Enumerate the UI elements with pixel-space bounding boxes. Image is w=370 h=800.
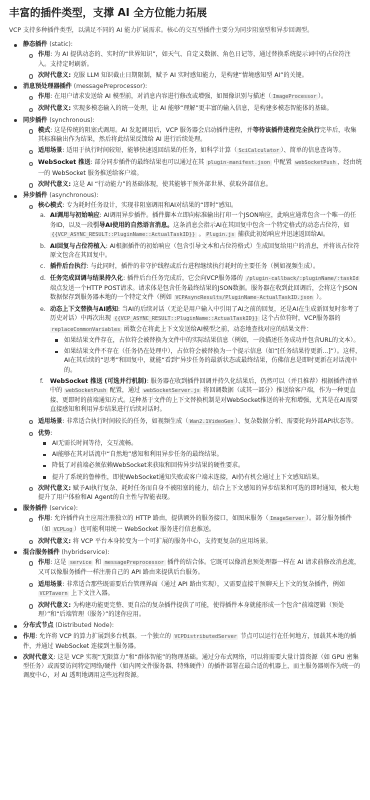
inline-code: plugin-manifest.json: [206, 160, 271, 166]
sub-text: : 允许将 VCP 的算力扩展到多台机器。一个独立的: [35, 633, 173, 640]
advantage-item: AI能够在其对话流中“自然地”感知和利用异步任务的最终结果。: [38, 450, 362, 459]
step-label: 动态上下文替换与AI感知: [50, 306, 118, 313]
inline-code: ImageServer: [269, 516, 306, 522]
page-title: 丰富的插件类型，支撑 AI 全方位能力拓展: [9, 6, 362, 20]
step-text: 函数会在将此上下文发送给AI模型之前，动态地查找对应的结果文件：: [122, 326, 313, 333]
sub-text: ）、简单的信息查询等。: [281, 147, 345, 154]
sub-label: 适用场景: [38, 147, 62, 154]
inline-code: /plugin-callback/:pluginName/:taskId: [245, 276, 360, 282]
sub-label: 次时代意义:: [38, 602, 71, 609]
sub-text: ）。: [318, 93, 327, 100]
sublist: 作用: 为 AI 提供动态的、实时的“世界知识”，如天气、自定义数据、角色日记等…: [23, 50, 362, 80]
sub-text: ）、复杂数据分析、需要轮询外部API状态等。: [235, 418, 357, 425]
sub-text: 和: [93, 559, 103, 566]
sub-label: 作用: [38, 51, 50, 58]
sub-item: 作用: 在用户请求发送给 AI 模型前，对消息内容进行修改或增强，如图像识别与描…: [23, 92, 362, 102]
sub-label: 次时代意义: [23, 654, 53, 661]
inline-code: Plugin.js: [205, 232, 236, 238]
step-marker: c.: [40, 262, 45, 271]
sub-text: 将 VCP 平台本身转变为一个可扩展的服务中心，支持更复杂的应用场景。: [71, 538, 272, 545]
item-heading-en: (asynchronous):: [49, 192, 98, 199]
inline-code: replaceCommonVariables: [50, 327, 122, 333]
step-text: 这条消息会指示AI在其回复中包含一个特定格式的动态占位符，如: [173, 222, 350, 229]
sub-item: 作用: 允许插件向主应用注册独立的 HTTP 路由，提供额外的服务接口，如图床服…: [23, 514, 362, 534]
sub-text: : 为 AI 提供动态的、实时的“世界知识”，如天气、自定义数据、角色日记等，通…: [38, 51, 351, 67]
list-item-asynchronous: 异步插件 (asynchronous): 核心模式: 专为耗时任务设计，实现非阻…: [9, 191, 362, 502]
sub-item: 模式: 这是传统的阻塞式调用。AI 发起调用后，VCP 服务器会启动插件进程，并…: [23, 126, 362, 144]
sub-label: 作用: [38, 515, 50, 522]
item-heading: 异步插件: [23, 192, 47, 199]
step-text: 配置，通过: [108, 387, 142, 394]
step-label: 任务完成回调与结果持久化: [50, 275, 123, 282]
item-heading: 静态插件: [23, 41, 47, 48]
advantage-item: AI无需长时间等待，交互流畅。: [38, 439, 362, 448]
step-item: e.动态上下文替换与AI感知: 当AI的后续对话（无论是用户输入中引用了AI之前…: [38, 305, 362, 374]
sub-text: : 这是: [50, 559, 68, 566]
item-heading: 服务插件: [23, 505, 47, 512]
step-item: c.插件后台执行: 与此同时，插件的非守护线程或后台进程继续执行耗时的主要任务（…: [38, 262, 362, 271]
steps-list: a.AI调用与初始响应: AI调用异步插件。插件脚本立即向标准输出打印一个JSO…: [38, 211, 362, 414]
step-marker: b.: [40, 242, 46, 251]
step-text: : 插件后台任务完成后，它会向VCP服务器的: [123, 275, 245, 282]
plugin-type-list: 静态插件 (static): 作用: 为 AI 提供动态的、实时的“世界知识”，…: [9, 40, 362, 680]
sub-item: 次时代意义: 克服 LLM 知识截止日期限制，赋予 AI 实时感知能力，是构建“…: [23, 71, 362, 80]
sub-item: 次时代意义: 赋予AI执行复杂、耗时任务而自身不被阻塞的能力，结合上下文感知的异…: [23, 484, 362, 502]
sublist: 模式: 这是传统的阻塞式调用。AI 发起调用后，VCP 服务器会启动插件进程，并…: [23, 126, 362, 189]
inline-code: webSocketPush: [64, 388, 108, 394]
sub-text: :: [50, 430, 52, 437]
list-item-synchronous: 同步插件 (synchronous): 模式: 这是传统的阻塞式调用。AI 发起…: [9, 116, 362, 189]
sub-text: : 这是 VCP 实现“无限算力”和“群体智能”的物理基础。通过分布式网络，可以…: [23, 654, 360, 679]
intro-paragraph: VCP 支持多种插件类型，以满足不同的 AI 能力扩展需求。核心的交互型插件主要…: [9, 26, 362, 35]
step-label: AI回复与占位符植入: [50, 243, 106, 250]
emphasis: 引导AI使用的自然语言消息。: [93, 222, 173, 229]
sub-label: 次时代意义:: [38, 181, 71, 188]
sub-text: 这是 AI “行动能力”的基础体现，使其能够干预外部世界、获取外部信息。: [71, 181, 272, 188]
inline-code: webSocketPush: [294, 160, 338, 166]
list-item-static: 静态插件 (static): 作用: 为 AI 提供动态的、实时的“世界知识”，…: [9, 40, 362, 80]
sub-item: 适用场景: 非常适合那些既需要后台管理界面（通过 API 路由实现），又需要直接…: [23, 580, 362, 599]
step-text: 捕获此初始响应并迅速返回给AI。: [236, 231, 329, 238]
sub-label: 优势: [38, 430, 50, 437]
sub-text: : 这是传统的阻塞式调用。AI 发起调用后，VCP 服务器会启动插件进程，并: [50, 127, 253, 134]
sub-label: 次时代意义:: [38, 485, 71, 492]
sub-text: 上下文注入器。: [69, 590, 114, 597]
sub-item: 次时代意义: 实现多模态输入的统一处理，让 AI 能够“理解”更丰富的输入信息，…: [23, 104, 362, 113]
inline-code: ImageProcessor: [271, 94, 318, 100]
sub-text: 为构建功能更完整、更自洽的复杂插件提供了可能，使得插件本身就能形成一个包含“前端…: [38, 602, 344, 618]
sub-label: 核心模式: [38, 202, 62, 209]
inline-code: messagePreprocessor: [103, 560, 165, 566]
sub-label: 作用: [23, 633, 35, 640]
item-heading-en: (Distributed Node):: [55, 622, 114, 629]
sub-label: 适用场景: [38, 418, 62, 425]
sub-label: WebSocket 推送: [38, 159, 90, 166]
step-item: f.WebSocket 推送 (可选并行机制): 服务器在收到插件回调并持久化结…: [38, 377, 362, 415]
sub-text: : 在用户请求发送给 AI 模型前，对消息内容进行修改或增强，如图像识别与描述（: [50, 93, 271, 100]
step-label: AI调用与初始响应: [50, 212, 100, 219]
sub-item: 优势: AI无需长时间等待，交互流畅。 AI能够在其对话流中“自然地”感知和利用…: [23, 429, 362, 482]
sub-label: 作用: [38, 559, 50, 566]
inline-code: webSocketServer.js: [142, 388, 201, 394]
sublist: 核心模式: 专为耗时任务设计，实现非阻塞调用和AI对结果的“即时”感知。 a.A…: [23, 201, 362, 502]
sub-text: 中配置: [272, 159, 294, 166]
inline-code: VCPDistributedServer: [173, 634, 238, 640]
sub-text: 实现多模态输入的统一处理，让 AI 能够“理解”更丰富的输入信息，是构建多模态智…: [71, 105, 333, 112]
result-case: 如果结果文件存在，占位符会被替换为文件中的实际结果信息（例如，一段描述任务成功并…: [50, 336, 362, 345]
inline-code: {{VCP_ASYNC_RESULT::PluginName::ActualTa…: [50, 232, 197, 238]
sub-label: 适用场景: [38, 581, 62, 588]
list-item-distributed-node: 分布式节点 (Distributed Node):: [9, 621, 362, 630]
sub-label: 次时代意义:: [38, 72, 71, 79]
result-case: 如果结果文件不存在（任务仍在处理中），占位符会被替换为一个提示信息（如“[任务结…: [50, 347, 362, 375]
item-heading: 分布式节点: [23, 622, 53, 629]
inline-code: {{VCP_ASYNC_RESULT::PluginName::ActualTa…: [113, 316, 260, 322]
item-heading-en: (messagePreprocessor):: [74, 83, 148, 90]
advantage-item: 提升了系统的鲁棒性，即使WebSocket通知失败或客户端未连接，AI仍有机会通…: [38, 473, 362, 482]
step-text: 。: [197, 231, 205, 238]
item-heading-en: (synchronous):: [49, 117, 94, 124]
sub-item: 次时代意义: 这是 AI “行动能力”的基础体现，使其能够干预外部世界、获取外部…: [23, 180, 362, 189]
sub-item: 适用场景: 非常适合执行时间较长的任务，如视频生成（Wan2.1VideoGen…: [23, 417, 362, 427]
sub-text: 克服 LLM 知识截止日期限制，赋予 AI 实时感知能力，是构建“情境感知型 A…: [71, 72, 308, 79]
item-heading: 混合服务插件: [23, 549, 60, 556]
sublist: 作用: 这是 service 和 messagePreprocessor 插件的…: [23, 558, 362, 619]
sub-item: 次时代意义: 将 VCP 平台本身转变为一个可扩展的服务中心，支持更复杂的应用场…: [23, 537, 362, 546]
item-heading-en: (static):: [49, 41, 73, 48]
sublist: 作用: 允许插件向主应用注册独立的 HTTP 路由，提供额外的服务接口，如图床服…: [23, 514, 362, 546]
sub-text: : 部分同步插件的最终结果也可以通过在其: [90, 159, 206, 166]
sub-text: : 非常适合执行时间较长的任务，如视频生成（: [62, 418, 188, 425]
inline-code: VCPAsyncResults/PluginName-ActualTaskID.…: [174, 295, 314, 301]
list-item-service: 服务插件 (service): 作用: 允许插件向主应用注册独立的 HTTP 路…: [9, 504, 362, 546]
inline-code: VCPLog: [52, 527, 74, 533]
sub-label: 次时代意义:: [38, 105, 71, 112]
sub-text: : 适用于执行时间较短，能够快速返回结果的任务，如科学计算（: [62, 147, 237, 154]
list-item-distributed-role: 作用: 允许将 VCP 的算力扩展到多台机器。一个独立的 VCPDistribu…: [9, 632, 362, 651]
step-marker: e.: [40, 305, 46, 314]
sub-text: : 非常适合那些既需要后台管理界面（通过 API 路由实现），又需要直接干预聊天…: [62, 581, 345, 588]
list-item-preprocessor: 消息预处理器插件 (messagePreprocessor): 作用: 在用户请…: [9, 82, 362, 114]
sub-item: 作用: 这是 service 和 messagePreprocessor 插件的…: [23, 558, 362, 577]
step-label: WebSocket 推送 (可选并行机制): [50, 378, 147, 385]
step-label: 插件后台执行: [50, 263, 87, 270]
inline-code: VCPTavern: [38, 591, 69, 597]
step-item: b.AI回复与占位符植入: AI根据插件的初始响应（包含引导文本和占位符格式）生…: [38, 242, 362, 260]
sub-text: : 专为耗时任务设计，实现非阻塞调用和AI对结果的“即时”感知。: [62, 202, 237, 209]
step-marker: f.: [40, 377, 44, 386]
sub-label: 作用: [38, 93, 50, 100]
inline-code: service: [68, 560, 93, 566]
result-cases-list: 如果结果文件存在，占位符会被替换为文件中的实际结果信息（例如，一段描述任务成功并…: [50, 336, 362, 375]
sublist: 作用: 在用户请求发送给 AI 模型前，对消息内容进行修改或增强，如图像识别与描…: [23, 92, 362, 113]
step-text: 这个占位符时，VCP服务器的: [260, 315, 341, 322]
sub-item: 核心模式: 专为耗时任务设计，实现非阻塞调用和AI对结果的“即时”感知。 a.A…: [23, 201, 362, 414]
step-item: d.任务完成回调与结果持久化: 插件后台任务完成后，它会向VCP服务器的 /pl…: [38, 274, 362, 304]
inline-code: SciCalculator: [237, 148, 281, 154]
list-item-hybridservice: 混合服务插件 (hybridservice): 作用: 这是 service 和…: [9, 548, 362, 619]
sub-item: 作用: 为 AI 提供动态的、实时的“世界知识”，如天气、自定义数据、角色日记等…: [23, 50, 362, 68]
advantages-list: AI无需长时间等待，交互流畅。 AI能够在其对话流中“自然地”感知和利用异步任务…: [38, 439, 362, 482]
step-text: : 与此同时，插件的非守护线程或后台进程继续执行耗时的主要任务（例如视频生成）。: [87, 263, 320, 270]
step-marker: a.: [40, 211, 46, 220]
document-page: 丰富的插件类型，支撑 AI 全方位能力拓展 VCP 支持多种插件类型，以满足不同…: [0, 0, 370, 681]
item-heading-en: (hybridservice):: [62, 549, 110, 556]
item-heading: 消息预处理器插件: [23, 83, 72, 90]
emphasis: 等待该插件进程完全执行: [253, 127, 320, 134]
item-heading-en: (service):: [49, 505, 78, 512]
step-marker: d.: [40, 274, 46, 283]
item-heading: 同步插件: [23, 117, 47, 124]
sub-text: 赋予AI执行复杂、耗时任务而自身不被阻塞的能力，结合上下文感知的异步结果和可选的…: [38, 485, 359, 501]
sub-item: 适用场景: 适用于执行时间较短，能够快速返回结果的任务，如科学计算（SciCal…: [23, 146, 362, 156]
sub-label: 次时代意义:: [38, 538, 71, 545]
step-text: ）。: [314, 294, 325, 301]
inline-code: Wan2.1VideoGen: [188, 419, 235, 425]
sub-text: ）也可能利用统一 WebSocket 服务进行信息推送。: [74, 526, 215, 533]
sub-item: 次时代意义: 为构建功能更完整、更自洽的复杂插件提供了可能，使得插件本身就能形成…: [23, 601, 362, 619]
advantage-item: 降低了对前端必须依赖WebSocket来获取和回传异步结果的硬性要求。: [38, 461, 362, 470]
step-item: a.AI调用与初始响应: AI调用异步插件。插件脚本立即向标准输出打印一个JSO…: [38, 211, 362, 240]
sub-item: WebSocket 推送: 部分同步插件的最终结果也可以通过在其 plugin-…: [23, 158, 362, 177]
sub-text: : 允许插件向主应用注册独立的 HTTP 路由，提供额外的服务接口，如图床服务（: [50, 515, 268, 522]
sub-label: 模式: [38, 127, 50, 134]
list-item-distributed-meaning: 次时代意义: 这是 VCP 实现“无限算力”和“群体智能”的物理基础。通过分布式…: [9, 653, 362, 681]
